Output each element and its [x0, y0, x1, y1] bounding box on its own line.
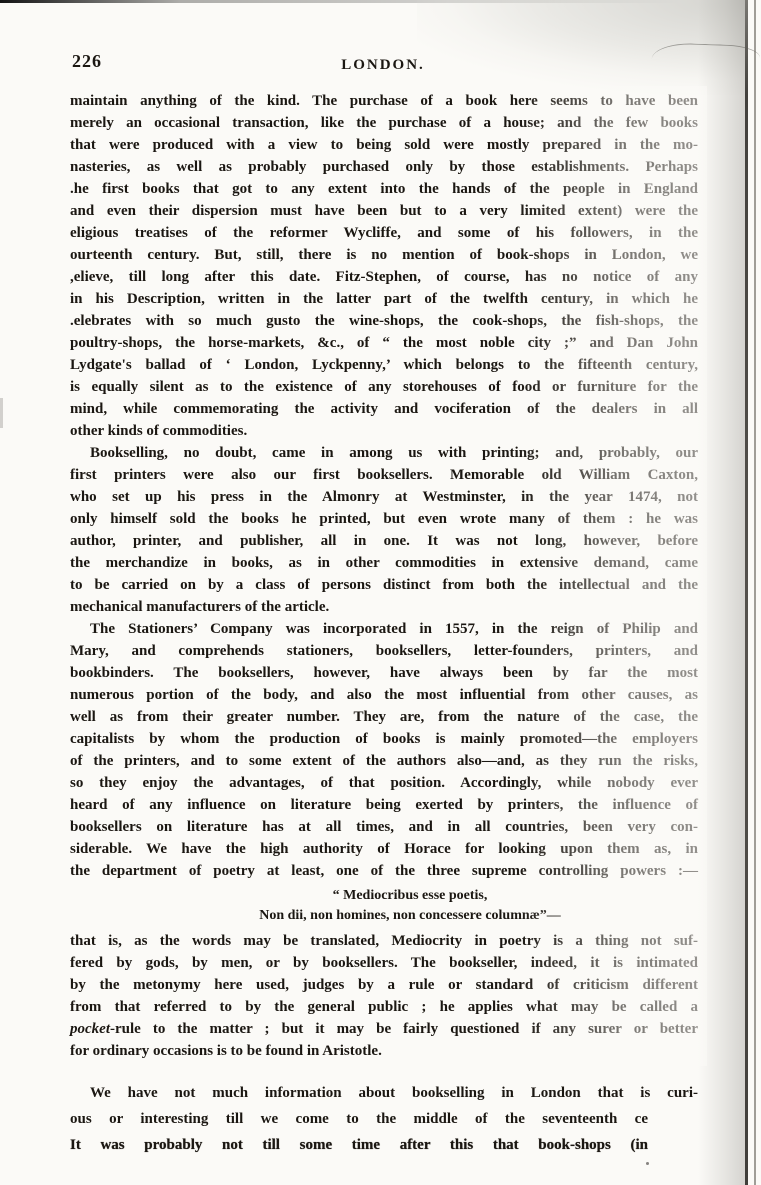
text-line: that is, as the words may be translated,…	[70, 930, 698, 952]
text-line: of the printers, and to some extent of t…	[70, 750, 698, 772]
text-line: We have not much information about books…	[70, 1080, 698, 1106]
page-body: maintain anything of the kind. The purch…	[70, 90, 698, 1158]
text-line: heard of any influence on literature bei…	[70, 794, 698, 816]
left-edge-mark	[0, 398, 3, 428]
text-line: numerous portion of the body, and also t…	[70, 684, 698, 706]
text-line: in his Description, written in the latte…	[70, 288, 698, 310]
text-line: siderable. We have the high authority of…	[70, 838, 698, 860]
text-line: other kinds of commodities.	[70, 420, 698, 442]
text-line: poultry-shops, the horse-markets, &c., o…	[70, 332, 698, 354]
text-line: It was probably not till some time after…	[70, 1132, 648, 1158]
text-line: ous or interesting till we come to the m…	[70, 1106, 648, 1132]
page-edge-line	[745, 0, 748, 1185]
ink-speck	[646, 1162, 649, 1165]
text-line: ourteenth century. But, still, there is …	[70, 244, 698, 266]
text-line: is equally silent as to the existence of…	[70, 376, 698, 398]
text-line: Bookselling, no doubt, came in among us …	[70, 442, 698, 464]
text-line: only himself sold the books he printed, …	[70, 508, 698, 530]
text-line: well as from their greater number. They …	[70, 706, 698, 728]
text-line: fered by gods, by men, or by booksellers…	[70, 952, 698, 974]
text-line: author, printer, and publisher, all in o…	[70, 530, 698, 552]
text-line: ,elieve, till long after this date. Fitz…	[70, 266, 698, 288]
text-line: to be carried on by a class of persons d…	[70, 574, 698, 596]
text-line: by the metonymy here used, judges by a r…	[70, 974, 698, 996]
text-line: mind, while commemorating the activity a…	[70, 398, 698, 420]
text-line: “ Mediocribus esse poetis,	[120, 886, 700, 906]
text-line: and even their dispersion must have been…	[70, 200, 698, 222]
text-line: mechanical manufacturers of the article.	[70, 596, 698, 618]
text-line: .elebrates with so much gusto the wine-s…	[70, 310, 698, 332]
paragraph: Bookselling, no doubt, came in among us …	[70, 442, 698, 618]
verse-quote: “ Mediocribus esse poetis,Non dii, non h…	[120, 886, 700, 926]
text-line: that were produced with a view to being …	[70, 134, 698, 156]
italic-word: pocket	[70, 1021, 110, 1037]
text-line: Mary, and comprehends stationers, bookse…	[70, 640, 698, 662]
text-line: .he first books that got to any extent i…	[70, 178, 698, 200]
text-line: from that referred to by the general pub…	[70, 996, 698, 1018]
running-header: LONDON.	[68, 57, 698, 74]
text-line: eligious treatises of the reformer Wycli…	[70, 222, 698, 244]
text-line: first printers were also our first books…	[70, 464, 698, 486]
text-line: maintain anything of the kind. The purch…	[70, 90, 698, 112]
paragraph: The Stationers’ Company was incorporated…	[70, 618, 698, 882]
paragraph: maintain anything of the kind. The purch…	[70, 90, 698, 442]
text-line: for ordinary occasions is to be found in…	[70, 1040, 698, 1062]
page-edge-line-outer	[754, 0, 756, 1185]
binding-gutter-shadow	[698, 0, 746, 1185]
text-line: Lydgate's ballad of ‘ London, Lyckpenny,…	[70, 354, 698, 376]
text-line: capitalists by whom the production of bo…	[70, 728, 698, 750]
text-line: merely an occasional transaction, like t…	[70, 112, 698, 134]
text-line: booksellers on literature has at all tim…	[70, 816, 698, 838]
text-line: nasteries, as well as probably purchased…	[70, 156, 698, 178]
text-line: the merchandize in books, as in other co…	[70, 552, 698, 574]
text-line: Non dii, non homines, non concessere col…	[120, 906, 700, 926]
paragraph: that is, as the words may be translated,…	[70, 930, 698, 1062]
paragraph: We have not much information about books…	[70, 1080, 698, 1158]
text-line: The Stationers’ Company was incorporated…	[70, 618, 698, 640]
text-line: pocket-rule to the matter ; but it may b…	[70, 1018, 698, 1040]
text-line: the department of poetry at least, one o…	[70, 860, 698, 882]
text-line: bookbinders. The booksellers, however, h…	[70, 662, 698, 684]
text-line: who set up his press in the Almonry at W…	[70, 486, 698, 508]
text-line: so they enjoy the advantages, of that po…	[70, 772, 698, 794]
text-run: -rule to the matter ; but it may be fair…	[110, 1021, 698, 1037]
